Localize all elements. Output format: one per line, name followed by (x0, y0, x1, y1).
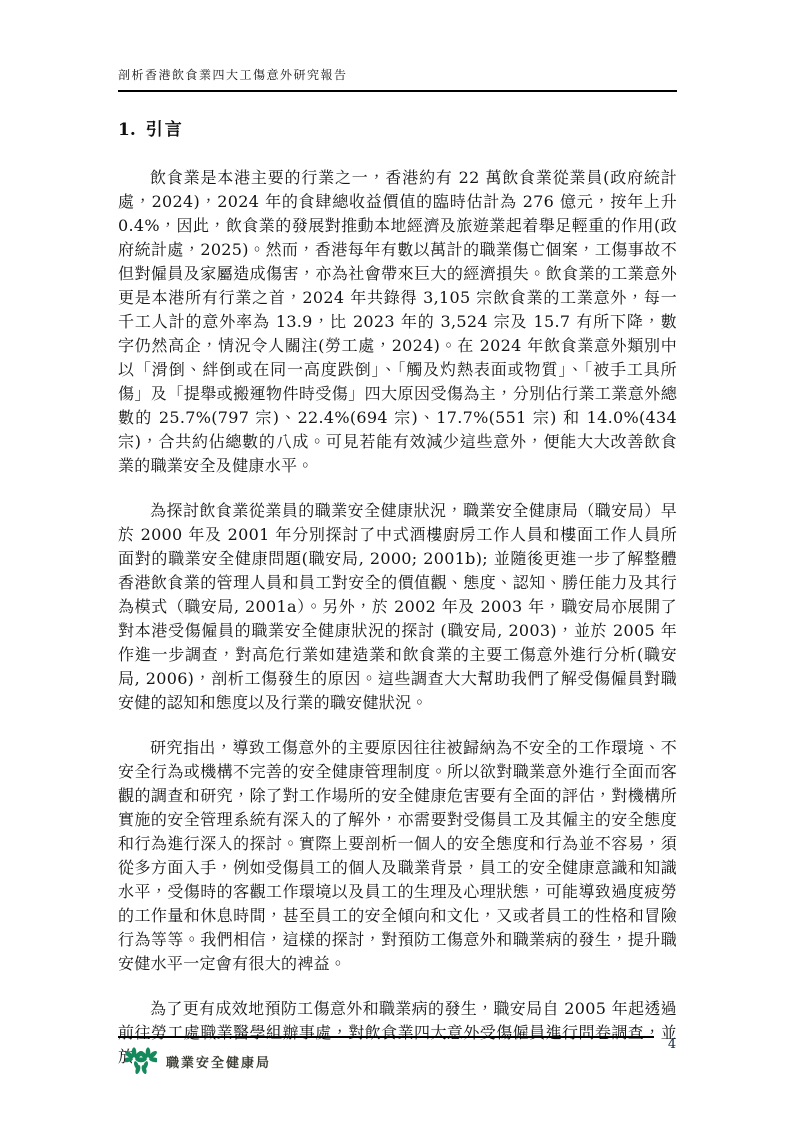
header-rule (118, 90, 677, 92)
footer-brand: 職業安全健康局 (125, 1047, 271, 1075)
page-content: 剖析香港飲食業四大工傷意外研究報告 1.引言 飲食業是本港主要的行業之一，香港約… (118, 66, 677, 1069)
section-title: 引言 (146, 120, 184, 140)
paragraph-oshc-studies: 為探討飲食業從業員的職業安全健康狀況，職業安全健康局（職安局）早於 2000 年… (118, 499, 677, 715)
paragraph-industry-overview: 飲食業是本港主要的行業之一，香港約有 22 萬飲食業從業員(政府統計處，2024… (118, 166, 677, 478)
document-page: 剖析香港飲食業四大工傷意外研究報告 1.引言 飲食業是本港主要的行業之一，香港約… (0, 0, 794, 1123)
section-heading: 1.引言 (118, 115, 677, 140)
oshc-flower-icon (125, 1047, 157, 1075)
body-text: 飲食業是本港主要的行業之一，香港約有 22 萬飲食業從業員(政府統計處，2024… (118, 166, 677, 1069)
page-number: 4 (660, 1037, 684, 1052)
footer-org-name: 職業安全健康局 (166, 1052, 271, 1071)
running-header: 剖析香港飲食業四大工傷意外研究報告 (118, 66, 677, 90)
section-number: 1. (118, 120, 136, 140)
footer-rule (118, 1036, 654, 1038)
paragraph-research-rationale: 研究指出，導致工傷意外的主要原因往往被歸納為不安全的工作環境、不安全行為或機構不… (118, 736, 677, 976)
